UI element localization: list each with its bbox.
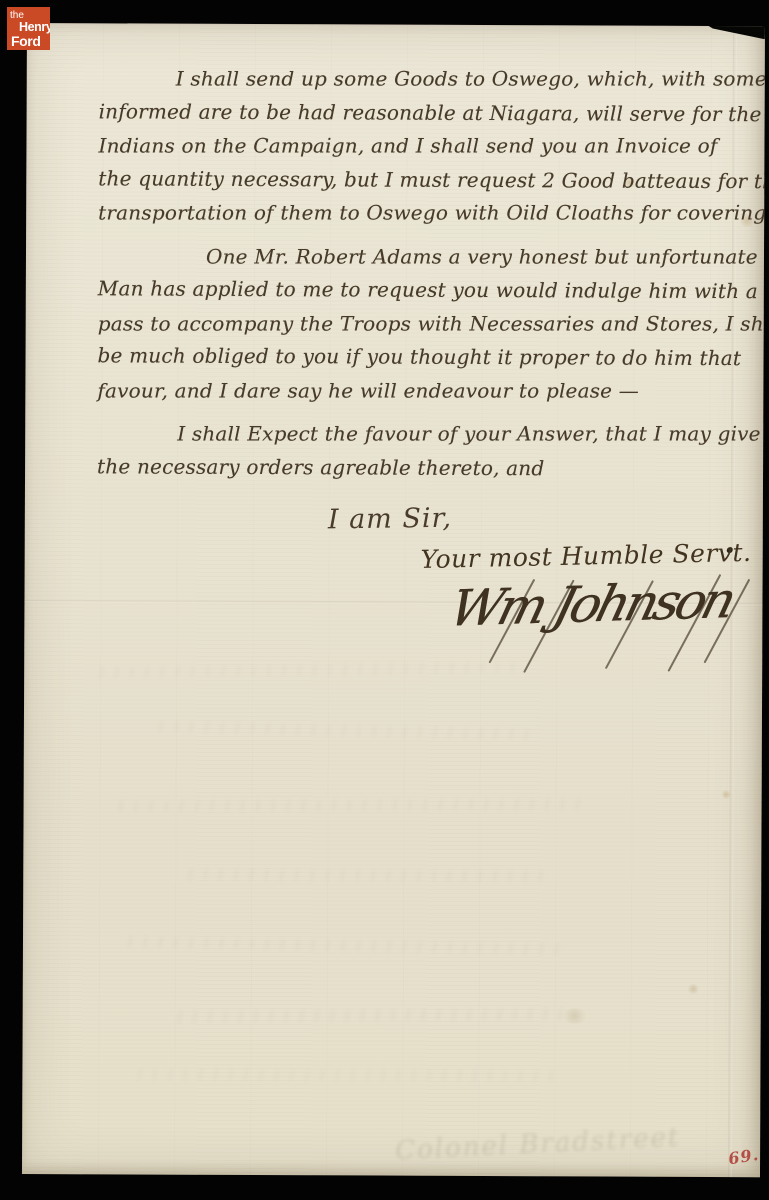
letter-line: pass to accompany the Troops with Necess… — [98, 307, 743, 341]
letter-line: Man has applied to me to request you wou… — [98, 272, 743, 308]
letter-line: informed are to be had reasonable at Nia… — [99, 95, 744, 131]
letter-line: favour, and I dare say he will endeavour… — [97, 374, 742, 408]
henry-ford-logo: the Henry Ford — [7, 7, 50, 50]
accession-number: 69.14 — [727, 1141, 765, 1168]
letter-line: the quantity necessary, but I must reque… — [98, 162, 743, 198]
stain — [687, 984, 700, 994]
bleed-mark — [183, 869, 543, 883]
letter-line: Indians on the Campaign, and I shall sen… — [98, 130, 743, 164]
bleed-through-marks — [27, 23, 765, 26]
closing-salutation: I am Sir, — [328, 503, 453, 536]
bleed-mark — [114, 798, 584, 812]
letter-line: I shall send up some Goods to Oswego, wh… — [99, 63, 744, 97]
photo-background: I shall send up some Goods to Oswego, wh… — [0, 0, 769, 1200]
letter-line: transportation of them to Oswego with Oi… — [98, 197, 743, 231]
paragraph: I shall Expect the favour of your Answer… — [97, 416, 742, 486]
paragraph: One Mr. Robert Adams a very honest but u… — [97, 239, 743, 409]
signature-wm-johnson: Wm Johnson — [444, 571, 739, 637]
logo-word-ford: Ford — [11, 34, 50, 48]
letter-line: the necessary orders agreable thereto, a… — [97, 450, 742, 486]
letter-body: I shall send up some Goods to Oswego, wh… — [97, 61, 744, 496]
logo-word-henry: Henry — [19, 21, 50, 33]
bleed-mark — [94, 661, 514, 678]
closing-valediction: Your most Humble Servt. — [420, 538, 751, 574]
stain — [561, 1008, 589, 1023]
bleed-mark — [154, 720, 534, 740]
letter-line: I shall Expect the favour of your Answer… — [97, 418, 742, 452]
letter-line: One Mr. Robert Adams a very honest but u… — [98, 240, 743, 274]
paragraph: I shall send up some Goods to Oswego, wh… — [98, 61, 744, 231]
bleed-mark — [173, 1008, 573, 1022]
bleed-mark — [123, 935, 563, 955]
letter-page: I shall send up some Goods to Oswego, wh… — [22, 23, 765, 1177]
bleed-through-docket-text: Colonel Bradstreet — [395, 1122, 681, 1166]
bleed-mark — [132, 1068, 562, 1082]
letter-line: be much obliged to you if you thought it… — [97, 339, 742, 375]
